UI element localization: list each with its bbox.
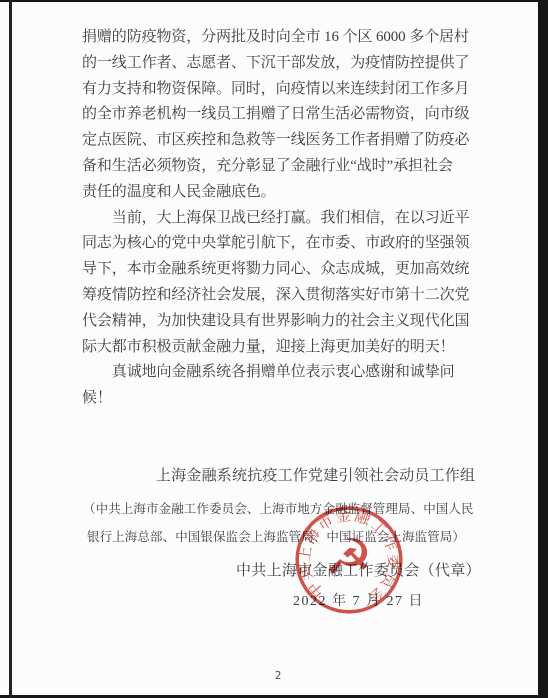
body-line: 当前，大上海保卫战已经打赢。我们相信，在以习近平: [82, 206, 474, 232]
scan-edge-left: [9, 0, 12, 698]
page-number: 2: [258, 669, 298, 682]
signature-members-line2: 银行上海总部、中国银保监会上海监管局、中国证监会上海监管局）: [87, 527, 465, 545]
body-line: 筹疫情防控和经济社会发展，深入贯彻落实好市第十二次党: [82, 283, 474, 309]
signature-members-line1: （中共上海市金融工作委员会、上海市地方金融监督管理局、中国人民: [83, 499, 474, 517]
body-line: 同志为核心的党中央掌舵引航下，在市委、市政府的坚强领: [82, 231, 474, 257]
signature-group-name: 上海金融系统抗疫工作党建引领社会动员工作组: [156, 464, 475, 485]
body-line: 责任的温度和人民金融底色。: [82, 180, 474, 206]
body-line: 的全市养老机构一线员工捐赠了日常生活必需物资，向市级: [82, 102, 474, 128]
body-line: 候！: [82, 386, 474, 412]
scanned-document-page: 捐赠的防疫物资，分两批及时向全市 16 个区 6000 多个居村 的一线工作者、…: [0, 0, 548, 698]
body-line: 备和生活必须物资，充分彰显了金融行业“战时”承担社会: [82, 154, 474, 180]
letter-body: 捐赠的防疫物资，分两批及时向全市 16 个区 6000 多个居村 的一线工作者、…: [82, 25, 474, 412]
body-line: 的一线工作者、志愿者、下沉干部发放，为疫情防控提供了: [82, 51, 474, 77]
body-line: 定点医院、市区疾控和急救等一线医务工作者捐赠了防疫必: [82, 128, 474, 154]
body-line: 捐赠的防疫物资，分两批及时向全市 16 个区 6000 多个居村: [82, 25, 474, 51]
scan-edge-right: [538, 0, 548, 698]
body-line: 导下，本市金融系统更将勠力同心、众志成城，更加高效统: [82, 257, 474, 283]
body-line: 际大都市积极贡献金融力量，迎接上海更加美好的明天！: [82, 335, 474, 361]
scan-edge-top: [0, 0, 548, 2]
signature-issuer: 中共上海市金融工作委员会（代章）: [236, 559, 481, 580]
body-line: 代会精神，为加快建设具有世界影响力的社会主义现代化国: [82, 309, 474, 335]
body-line: 有力支持和物资保障。同时，向疫情以来连续封闭工作多月: [82, 77, 474, 103]
signature-date: 2022 年 7 月 27 日: [293, 590, 424, 610]
body-line: 真诚地向金融系统各捐赠单位表示衷心感谢和诚挚问: [82, 360, 474, 386]
